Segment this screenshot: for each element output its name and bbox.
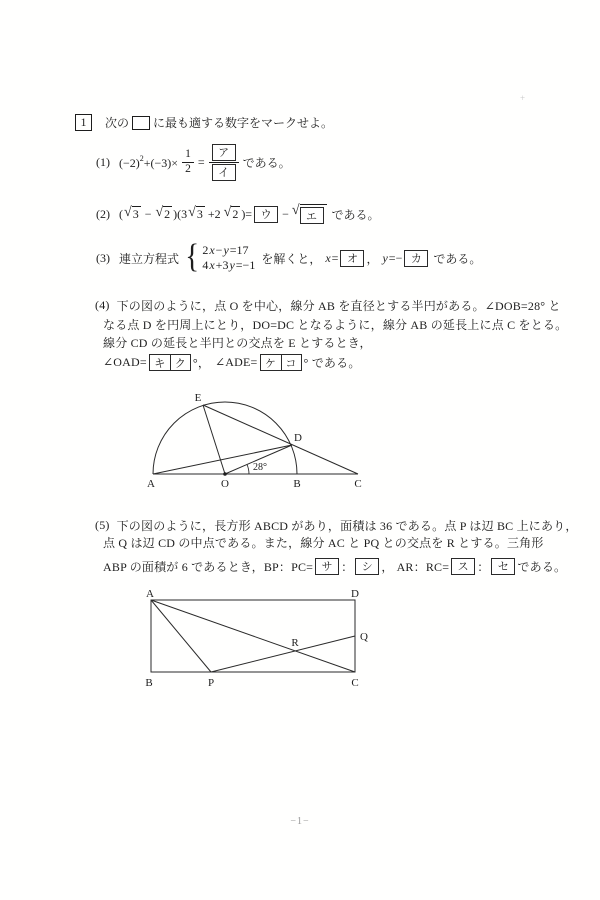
- label-a: A: [146, 588, 154, 600]
- label-c: C: [354, 478, 361, 490]
- angle-value-label: 28°: [253, 462, 267, 473]
- label-c: C: [351, 677, 358, 689]
- angle-ade-label: ∠ADE=: [215, 355, 257, 370]
- plus-sign: +2: [208, 207, 221, 222]
- label-d: D: [294, 432, 302, 444]
- heading-text: 次のに最も適する数字をマークせよ。: [105, 114, 333, 131]
- ratio-colon-1: ：: [341, 558, 353, 575]
- label-b: B: [145, 677, 152, 689]
- answer-box-sa: サ: [315, 558, 339, 575]
- segment-ad: [153, 445, 292, 474]
- label-b: B: [293, 478, 300, 490]
- answer-box-shi: シ: [355, 558, 379, 575]
- question-5-line3: ABP の面積が 6 であるとき，BP：PC= サ ： シ ， AR：RC= ス…: [103, 556, 566, 576]
- system-brace: {: [185, 240, 199, 274]
- exam-page: + 1 次のに最も適する数字をマークせよ。 (1) (−2)2+(−3)× 1 …: [0, 0, 600, 900]
- heading-post: に最も適する数字をマークせよ。: [153, 116, 333, 130]
- answer-box-ki: キ: [150, 355, 170, 370]
- var-x: x: [324, 251, 331, 266]
- minus-sign: −: [145, 207, 152, 222]
- answer-box-su: ス: [451, 558, 475, 575]
- question-1: (1) (−2)2+(−3)× 1 2 = ア イ である。: [96, 143, 291, 181]
- heading-pre: 次の: [105, 116, 129, 130]
- answer-box-a: ア: [212, 144, 236, 161]
- paren-close-equals: )=: [241, 207, 252, 222]
- question-5-label: (5): [95, 518, 110, 533]
- semicircle-arc: [153, 402, 297, 474]
- section-number-box: 1: [75, 114, 92, 131]
- question-3-label: (3): [96, 251, 110, 266]
- q3-pre: 連立方程式: [119, 250, 179, 267]
- question-4-line1: (4) 下の図のように，点 O を中心，線分 AB を直径とする半円がある。∠D…: [95, 297, 561, 314]
- angle-arc-28: [247, 465, 249, 475]
- question-2-label: (2): [96, 207, 110, 222]
- degree-comma: °，: [193, 354, 210, 371]
- angle-oad-label: ∠OAD=: [103, 355, 147, 370]
- answer-box-ko: コ: [281, 355, 301, 370]
- question-4-line3: 線分 CD の延長と半円との交点を E とするとき，: [103, 336, 372, 350]
- segment-edc: [203, 405, 358, 474]
- answer-fraction: ア イ: [209, 144, 239, 181]
- segment-eo: [203, 405, 225, 474]
- answer-box-keko: ケ コ: [260, 354, 302, 371]
- question-5-line1: (5) 下の図のように，長方形 ABCD があり，面積は 36 である。点 P …: [95, 517, 578, 534]
- answer-box-u: ウ: [254, 206, 278, 223]
- page-number: −1−: [0, 816, 600, 827]
- radical-sqrt3: √3: [124, 206, 141, 221]
- var-y: y: [381, 251, 388, 266]
- section-heading: 1 次のに最も適する数字をマークせよ。: [75, 114, 333, 131]
- paren-mid: )(3: [173, 207, 187, 222]
- q1-expression-left: (−2)2+(−3)×: [119, 154, 178, 171]
- q5-line3-pre: ABP の面積が 6 であるとき，BP：PC=: [103, 558, 313, 575]
- label-a: A: [147, 478, 155, 490]
- label-o: O: [221, 478, 229, 490]
- scan-artifact-mark: +: [520, 93, 525, 103]
- label-r: R: [291, 637, 299, 649]
- center-point-o: [223, 472, 227, 476]
- question-4-line4: ∠OAD= キ ク °， ∠ADE= ケ コ ° である。: [103, 354, 361, 371]
- degree-tail: ° である。: [304, 354, 361, 371]
- answer-box-kiku: キ ク: [149, 354, 191, 371]
- semicircle-figure: A O B C D E 28°: [135, 390, 405, 500]
- equation-2: 4x+3y=−1: [202, 258, 255, 273]
- radical-2sqrt2: √2: [224, 206, 241, 221]
- fraction-one-half: 1 2: [182, 148, 194, 175]
- minus-sign-2: −: [282, 207, 289, 222]
- comma: ，: [366, 250, 378, 267]
- paren-open: (: [119, 207, 123, 222]
- question-1-label: (1): [96, 155, 110, 170]
- q5-tail: である。: [517, 558, 566, 575]
- equals-sign: =: [198, 155, 205, 170]
- label-d: D: [351, 588, 359, 600]
- question-5-line2: 点 Q は辺 CD の中点である。また，線分 AC と PQ との交点を R と…: [103, 536, 544, 550]
- label-q: Q: [360, 631, 368, 643]
- equation-system: { 2x−y=17 4x+3y=−1: [182, 240, 255, 276]
- answer-box-e: エ: [300, 207, 324, 224]
- question-4-line2: なる点 D を円周上にとり，DO=DC となるように，線分 AB の延長上に点 …: [103, 318, 567, 332]
- fraction-bar: [209, 162, 239, 163]
- question-3: (3) 連立方程式 { 2x−y=17 4x+3y=−1 を解くと， x= オ …: [96, 238, 481, 278]
- label-p: P: [208, 677, 214, 689]
- q5-comma: ，: [381, 558, 393, 575]
- q3-tail: である。: [433, 250, 481, 267]
- blank-answer-box: [132, 116, 150, 130]
- answer-box-ke: ケ: [261, 355, 281, 370]
- radical-sqrt2: √2: [155, 206, 172, 221]
- segment-pq: [211, 636, 355, 672]
- radical-3sqrt3: √3: [188, 206, 205, 221]
- question-2: (2) ( √3 − √2 )(3 √3 +2 √2 )= ウ − √エ である…: [96, 202, 380, 226]
- q1-tail: である。: [243, 154, 291, 171]
- answer-box-ka: カ: [404, 250, 428, 267]
- label-e: E: [195, 392, 202, 404]
- radical-answer: √エ: [292, 204, 327, 224]
- ratio-colon-2: ：: [477, 558, 489, 575]
- equation-1: 2x−y=17: [202, 243, 255, 258]
- rectangle-figure: A D B P C Q R: [140, 588, 380, 692]
- q5-mid: AR：RC=: [397, 558, 450, 575]
- q3-mid: を解くと，: [261, 250, 321, 267]
- question-4-label: (4): [95, 298, 110, 313]
- answer-box-ku: ク: [170, 355, 190, 370]
- answer-box-o: オ: [340, 250, 364, 267]
- answer-box-se: セ: [491, 558, 515, 575]
- answer-box-i: イ: [212, 164, 236, 181]
- q2-tail: である。: [332, 206, 380, 223]
